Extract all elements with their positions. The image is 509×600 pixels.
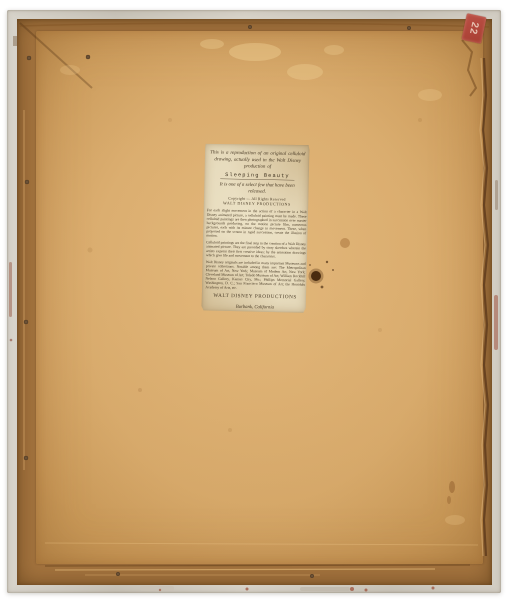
label-paragraph-museums: Walt Disney originals are included in ma… [205, 260, 305, 291]
label-footer-company: WALT DISNEY PRODUCTIONS [204, 292, 307, 300]
label-release-note: It is one of a select few that have been… [219, 181, 296, 195]
label-film-title-text: Sleeping Beauty [220, 172, 294, 181]
sticker-number: 22 [467, 21, 480, 36]
artwork-photo: This is a reproduction of an original ce… [0, 0, 509, 600]
label-paragraph-process: For each slight movement in the action o… [206, 208, 306, 239]
label-company-name: WALT DISNEY PRODUCTIONS [205, 201, 308, 207]
label-content: This is a reproduction of an original ce… [203, 145, 309, 313]
disney-cel-label: This is a reproduction of an original ce… [201, 143, 309, 313]
label-footer-city: Burbank, California [203, 303, 306, 311]
label-film-title: Sleeping Beauty [206, 171, 309, 180]
label-intro-text: This is a reproduction of an original ce… [208, 148, 307, 170]
label-paragraph-final-step: Celluloid paintings are the final step i… [206, 240, 306, 259]
